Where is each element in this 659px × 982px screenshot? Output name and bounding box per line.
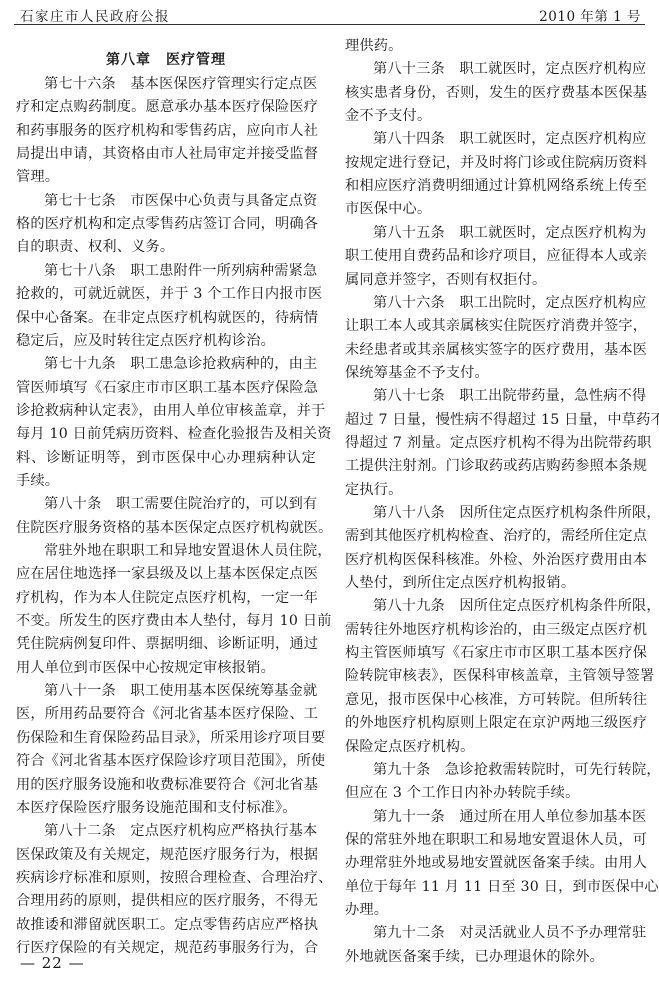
paragraph-line: 办理。 <box>345 900 645 920</box>
paragraph-line: 管理。 <box>16 167 316 187</box>
paragraph-line: 和药事服务的医疗机构和零售药店，应向市人社 <box>16 121 316 141</box>
paragraph-line: 人垫付，到所住定点医疗机构报销。 <box>345 573 645 593</box>
paragraph-first-line: 第八十四条 职工就医时，定点医疗机构应 <box>345 129 645 149</box>
paragraph-line: 需转往外地医疗机构诊治的，由三级定点医疗机 <box>345 620 645 640</box>
paragraph-line: 定执行。 <box>345 480 645 500</box>
paragraph-line: 和相应医疗消费明细通过计算机网络系统上传至 <box>345 176 645 196</box>
paragraph-line: 市医保中心。 <box>345 199 645 219</box>
paragraph-line: 医保政策及有关规定，规范医疗服务行为，根据 <box>16 845 316 865</box>
paragraph-line: 工提供注射剂。门诊取药或药店购药参照本条规 <box>345 456 645 476</box>
paragraph-line: 故推诿和滞留就医职工。定点零售药店应严格执 <box>16 915 316 935</box>
paragraph-line: 核实患者身份，否则，发生的医疗费基本医保基 <box>345 83 645 103</box>
paragraph-first-line: 第七十七条 市医保中心负责与具备定点资 <box>16 191 316 211</box>
paragraph-line: 医疗机构医保科核准。外检、外治医疗费用由本 <box>345 550 645 570</box>
paragraph-line: 医，所用药品要符合《河北省基本医疗保险、工 <box>16 704 316 724</box>
paragraph-line: 用人单位到市医保中心按规定审核报销。 <box>16 658 316 678</box>
paragraph-line: 需到其他医疗机构检查、治疗的，需经所住定点 <box>345 526 645 546</box>
paragraph-first-line: 第八十五条 职工就医时，定点医疗机构为 <box>345 223 645 243</box>
paragraph-line: 保的常驻外地在职职工和易地安置退休人员，可 <box>345 830 645 850</box>
paragraph-line: 疗机构，作为本人住院定点医疗机构，一定一年 <box>16 588 316 608</box>
paragraph-line: 意见，报市医保中心核准，方可转院。但所转往 <box>345 690 645 710</box>
paragraph-first-line: 第七十九条 职工患急诊抢救病种的，由主 <box>16 354 316 374</box>
paragraph-line: 抢救的，可就近就医，并于 3 个工作日内报市医 <box>16 284 316 304</box>
paragraph-line: 金不予支付。 <box>345 106 645 126</box>
paragraph-line: 诊抢救病种认定表》，由用人单位审核盖章，并于 <box>16 401 316 421</box>
paragraph-first-line: 第七十六条 基本医保医疗管理实行定点医 <box>16 74 316 94</box>
header-rule <box>14 24 645 25</box>
paragraph-line: 单位于每年 11 月 11 日至 30 日，到市医保中心 <box>345 877 645 897</box>
paragraph-first-line: 第九十二条 对灵活就业人员不予办理常驻 <box>345 923 645 943</box>
paragraph-first-line: 第八十六条 职工出院时，定点医疗机构应 <box>345 293 645 313</box>
paragraph-line: 手续。 <box>16 471 316 491</box>
paragraph-line: 的外地医疗机构原则上限定在京沪两地三级医疗 <box>345 713 645 733</box>
paragraph-first-line: 第八十八条 因所住定点医疗机构条件所限， <box>345 503 645 523</box>
paragraph-line: 本医疗保险医疗服务设施范围和支付标准》。 <box>16 798 316 818</box>
paragraph-line: 疾病诊疗标准和原则，按照合理检查、合理治疗、 <box>16 868 316 888</box>
paragraph-line: 自的职责、权利、义务。 <box>16 237 316 257</box>
paragraph-line: 理供药。 <box>345 36 645 56</box>
paragraph-line: 合理用药的原则，提供相应的医疗服务，不得无 <box>16 891 316 911</box>
paragraph-line: 稳定后，应及时转往定点医疗机构诊治。 <box>16 331 316 351</box>
issue-number: 2010 年第 1 号 <box>539 5 641 25</box>
paragraph-first-line: 第八十二条 定点医疗机构应严格执行基本 <box>16 821 316 841</box>
paragraph-line: 符合《河北省基本医疗保险诊疗项目范围》，所使 <box>16 751 316 771</box>
paragraph-line: 用的医疗服务设施和收费标准要符合《河北省基 <box>16 775 316 795</box>
paragraph-line: 凭住院病例复印件、票据明细、诊断证明，通过 <box>16 634 316 654</box>
paragraph-first-line: 第七十八条 职工患附件一所列病种需紧急 <box>16 261 316 281</box>
paragraph-line: 得超过 7 剂量。定点医疗机构不得为出院带药职 <box>345 433 645 453</box>
paragraph-first-line: 第九十条 急诊抢救需转院时，可先行转院， <box>345 760 645 780</box>
paragraph-line: 疗和定点购药制度。愿意承办基本医疗保险医疗 <box>16 97 316 117</box>
paragraph-first-line: 第九十一条 通过所在用人单位参加基本医 <box>345 807 645 827</box>
paragraph-first-line: 常驻外地在职职工和异地安置退休人员住院， <box>16 541 316 561</box>
paragraph-line: 属同意并签字，否则有权拒付。 <box>345 270 645 290</box>
paragraph-line: 保统筹基金不予支付。 <box>345 363 645 383</box>
paragraph-line: 外地就医备案手续，已办理退休的除外。 <box>345 947 645 967</box>
paragraph-line: 构主管医师填写《石家庄市市区职工基本医疗保 <box>345 643 645 663</box>
paragraph-line: 职工使用自费药品和诊疗项目，应征得本人或亲 <box>345 246 645 266</box>
paragraph-line: 每月 10 日前凭病历资料、检查化验报告及相关资 <box>16 424 316 444</box>
journal-title: 石家庄市人民政府公报 <box>20 5 170 25</box>
paragraph-line: 伤保险和生育保险药品目录》，所采用诊疗项目要 <box>16 728 316 748</box>
paragraph-line: 管医师填写《石家庄市市区职工基本医疗保险急 <box>16 378 316 398</box>
paragraph-line: 按规定进行登记，并及时将门诊或住院病历资料 <box>345 153 645 173</box>
paragraph-line: 料、诊断证明等，到市医保中心办理病种认定 <box>16 448 316 468</box>
paragraph-first-line: 第八十九条 因所住定点医疗机构条件所限， <box>345 596 645 616</box>
running-header: 石家庄市人民政府公报 2010 年第 1 号 <box>14 2 645 24</box>
paragraph-line: 不变。所发生的医疗费由本人垫付，每月 10 日前 <box>16 611 316 631</box>
paragraph-line: 办理常驻外地或易地安置就医备案手续。由用人 <box>345 853 645 873</box>
paragraph-line: 让职工本人或其亲属核实住院医疗消费并签字， <box>345 316 645 336</box>
paragraph-first-line: 第八十一条 职工使用基本医保统筹基金就 <box>16 681 316 701</box>
paragraph-line: 险转院审核表》，医保科审核盖章，主管领导签署 <box>345 666 645 686</box>
chapter-title: 第八章 医疗管理 <box>16 49 316 69</box>
paragraph-line: 超过 7 日量，慢性病不得超过 15 日量，中草药不 <box>345 410 645 430</box>
paragraph-line: 住院医疗服务资格的基本医保定点医疗机构就医。 <box>16 518 316 538</box>
paragraph-line: 保中心备案。在非定点医疗机构就医的，待病情 <box>16 308 316 328</box>
paragraph-line: 但应在 3 个工作日内补办转院手续。 <box>345 783 645 803</box>
paragraph-line: 格的医疗机构和定点零售药店签订合同，明确各 <box>16 214 316 234</box>
paragraph-first-line: 第八十三条 职工就医时，定点医疗机构应 <box>345 59 645 79</box>
paragraph-line: 保险定点医疗机构。 <box>345 737 645 757</box>
paragraph-line: 未经患者或其亲属核实签字的医疗费用，基本医 <box>345 340 645 360</box>
paragraph-line: 应在居住地选择一家县级及以上基本医保定点医 <box>16 564 316 584</box>
paragraph-first-line: 第八十七条 职工出院带药量，急性病不得 <box>345 386 645 406</box>
paragraph-line: 局提出申请，其资格由市人社局审定并接受监督 <box>16 144 316 164</box>
page-number: — 22 — <box>20 954 85 972</box>
paragraph-first-line: 第八十条 职工需要住院治疗的，可以到有 <box>16 494 316 514</box>
